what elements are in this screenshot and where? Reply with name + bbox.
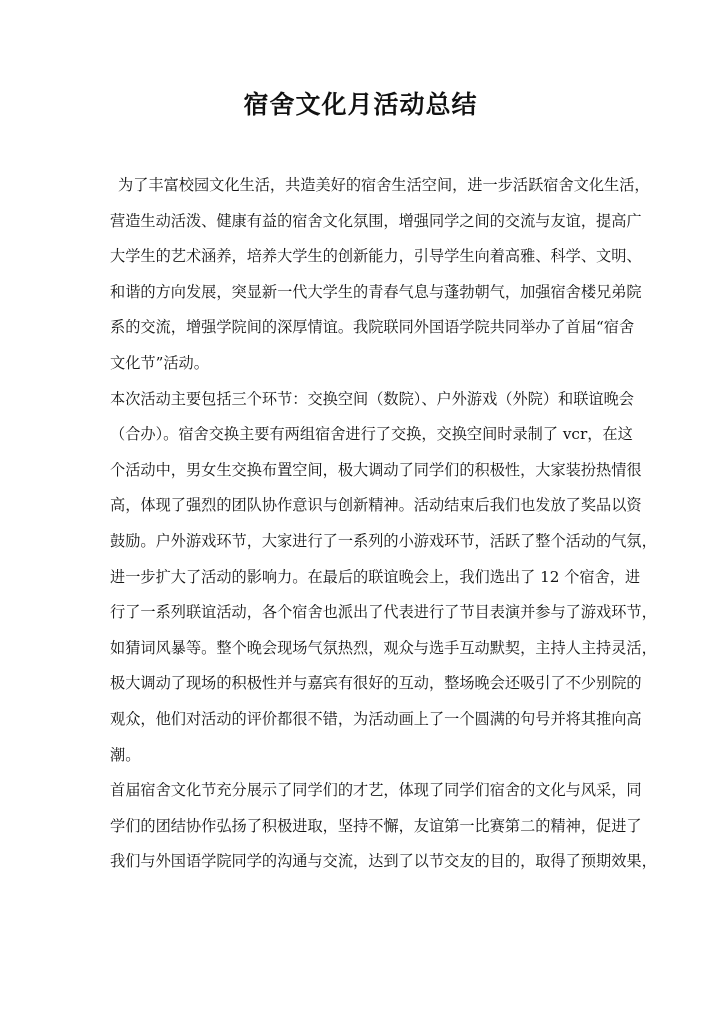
text-line: （合办）。宿舍交换主要有两组宿舍进行了交换，交换空间时录制了 vcr，在这 <box>110 417 616 453</box>
text-line: 潮。 <box>110 738 616 774</box>
text-line: 高，体现了强烈的团队协作意识与创新精神。活动结束后我们也发放了奖品以资 <box>110 488 616 524</box>
document-page: 宿舍文化月活动总结 为了丰富校园文化生活，共造美好的宿舍生活空间，进一步活跃宿舍… <box>0 0 721 1020</box>
text-line: 极大调动了现场的积极性并与嘉宾有很好的互动，整场晚会还吸引了不少别院的 <box>110 666 616 702</box>
text-line: 学们的团结协作弘扬了积极进取，坚持不懈，友谊第一比赛第二的精神，促进了 <box>110 809 616 845</box>
text-line: 如猜词风暴等。整个晚会现场气氛热烈，观众与选手互动默契，主持人主持灵活， <box>110 631 616 667</box>
text-line: 本次活动主要包括三个环节：交换空间（数院）、户外游戏（外院）和联谊晚会 <box>110 382 616 418</box>
paragraph-intro: 为了丰富校园文化生活，共造美好的宿舍生活空间，进一步活跃宿舍文化生活， 营造生动… <box>110 168 616 382</box>
text-line: 观众，他们对活动的评价都很不错，为活动画上了一个圆满的句号并将其推向高 <box>110 702 616 738</box>
document-title: 宿舍文化月活动总结 <box>0 88 721 122</box>
text-line: 鼓励。户外游戏环节，大家进行了一系列的小游戏环节，活跃了整个活动的气氛， <box>110 524 616 560</box>
paragraph-conclusion: 首届宿舍文化节充分展示了同学们的才艺，体现了同学们宿舍的文化与风采，同 学们的团… <box>110 773 616 880</box>
text-line: 进一步扩大了活动的影响力。在最后的联谊晚会上，我们选出了 12 个宿舍，进 <box>110 560 616 596</box>
text-line: 行了一系列联谊活动，各个宿舍也派出了代表进行了节目表演并参与了游戏环节， <box>110 595 616 631</box>
text-line: 个活动中，男女生交换布置空间，极大调动了同学们的积极性，大家装扮热情很 <box>110 453 616 489</box>
text-line: 文化节”活动。 <box>110 346 616 382</box>
document-body: 为了丰富校园文化生活，共造美好的宿舍生活空间，进一步活跃宿舍文化生活， 营造生动… <box>110 168 616 880</box>
text-line: 大学生的艺术涵养，培养大学生的创新能力，引导学生向着高雅、科学、文明、 <box>110 239 616 275</box>
paragraph-activities: 本次活动主要包括三个环节：交换空间（数院）、户外游戏（外院）和联谊晚会 （合办）… <box>110 382 616 774</box>
text-line: 和谐的方向发展，突显新一代大学生的青春气息与蓬勃朝气，加强宿舍楼兄弟院 <box>110 275 616 311</box>
text-line: 系的交流，增强学院间的深厚情谊。我院联同外国语学院共同举办了首届“宿舍 <box>110 310 616 346</box>
text-line: 首届宿舍文化节充分展示了同学们的才艺，体现了同学们宿舍的文化与风采，同 <box>110 773 616 809</box>
text-line: 营造生动活泼、健康有益的宿舍文化氛围，增强同学之间的交流与友谊，提高广 <box>110 204 616 240</box>
text-line: 为了丰富校园文化生活，共造美好的宿舍生活空间，进一步活跃宿舍文化生活， <box>110 168 616 204</box>
text-line: 我们与外国语学院同学的沟通与交流，达到了以节交友的目的，取得了预期效果， <box>110 844 616 880</box>
